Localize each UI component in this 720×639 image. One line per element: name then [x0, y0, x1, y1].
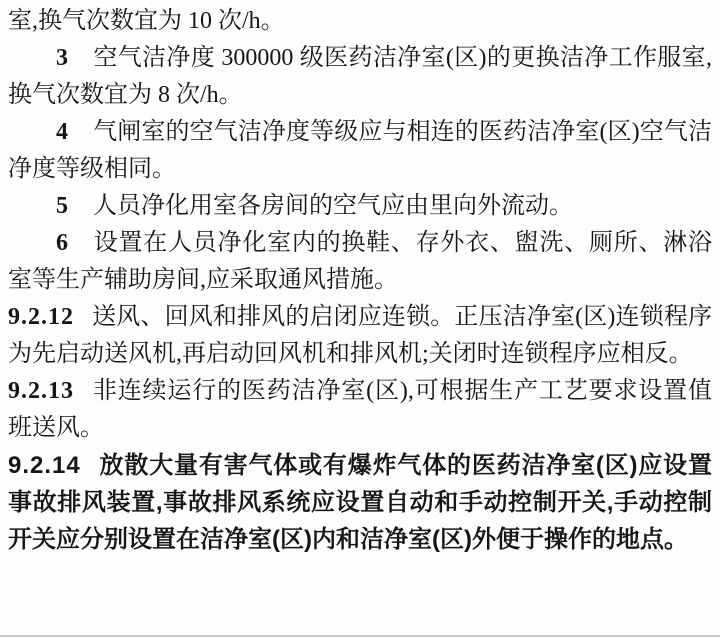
item-text: 设置在人员净化室内的换鞋、存外衣、盥洗、厕所、淋浴室等生产辅助房间,应采取通风措… [8, 230, 712, 293]
numbered-item-5: 5人员净化用室各房间的空气应由里向外流动。 [8, 188, 712, 225]
paragraph-continuation: 室,换气次数宜为 10 次/h。 [8, 3, 712, 40]
page-footer-rule [0, 635, 720, 637]
item-number: 6 [56, 230, 69, 256]
clause-number: 9.2.13 [8, 378, 74, 404]
clause-text: 送风、回风和排风的启闭应连锁。正压洁净室(区)连锁程序为先启动送风机,再启动回风… [8, 304, 712, 367]
clause-number: 9.2.14 [8, 452, 81, 479]
item-text: 人员净化用室各房间的空气应由里向外流动。 [93, 193, 573, 219]
clause-9-2-13: 9.2.13非连续运行的医药洁净室(区),可根据生产工艺要求设置值班送风。 [8, 373, 712, 447]
numbered-item-3: 3空气洁净度 300000 级医药洁净室(区)的更换洁净工作服室,换气次数宜为 … [8, 40, 712, 114]
item-text: 空气洁净度 300000 级医药洁净室(区)的更换洁净工作服室,换气次数宜为 8… [8, 45, 712, 108]
numbered-item-6: 6设置在人员净化室内的换鞋、存外衣、盥洗、厕所、淋浴室等生产辅助房间,应采取通风… [8, 225, 712, 299]
item-number: 4 [56, 119, 69, 145]
item-number: 3 [56, 45, 69, 71]
clause-text: 非连续运行的医药洁净室(区),可根据生产工艺要求设置值班送风。 [8, 378, 712, 441]
document-page: 室,换气次数宜为 10 次/h。 3空气洁净度 300000 级医药洁净室(区)… [0, 0, 720, 639]
clause-number: 9.2.12 [8, 304, 74, 330]
clause-9-2-12: 9.2.12送风、回风和排风的启闭应连锁。正压洁净室(区)连锁程序为先启动送风机… [8, 299, 712, 373]
clause-9-2-14: 9.2.14放散大量有害气体或有爆炸气体的医药洁净室(区)应设置事故排风装置,事… [8, 447, 712, 558]
numbered-item-4: 4气闸室的空气洁净度等级应与相连的医药洁净室(区)空气洁净度等级相同。 [8, 114, 712, 188]
item-text: 气闸室的空气洁净度等级应与相连的医药洁净室(区)空气洁净度等级相同。 [8, 119, 712, 182]
item-number: 5 [56, 193, 69, 219]
paragraph-text: 室,换气次数宜为 10 次/h。 [8, 8, 285, 34]
clause-text: 放散大量有害气体或有爆炸气体的医药洁净室(区)应设置事故排风装置,事故排风系统应… [8, 452, 712, 553]
